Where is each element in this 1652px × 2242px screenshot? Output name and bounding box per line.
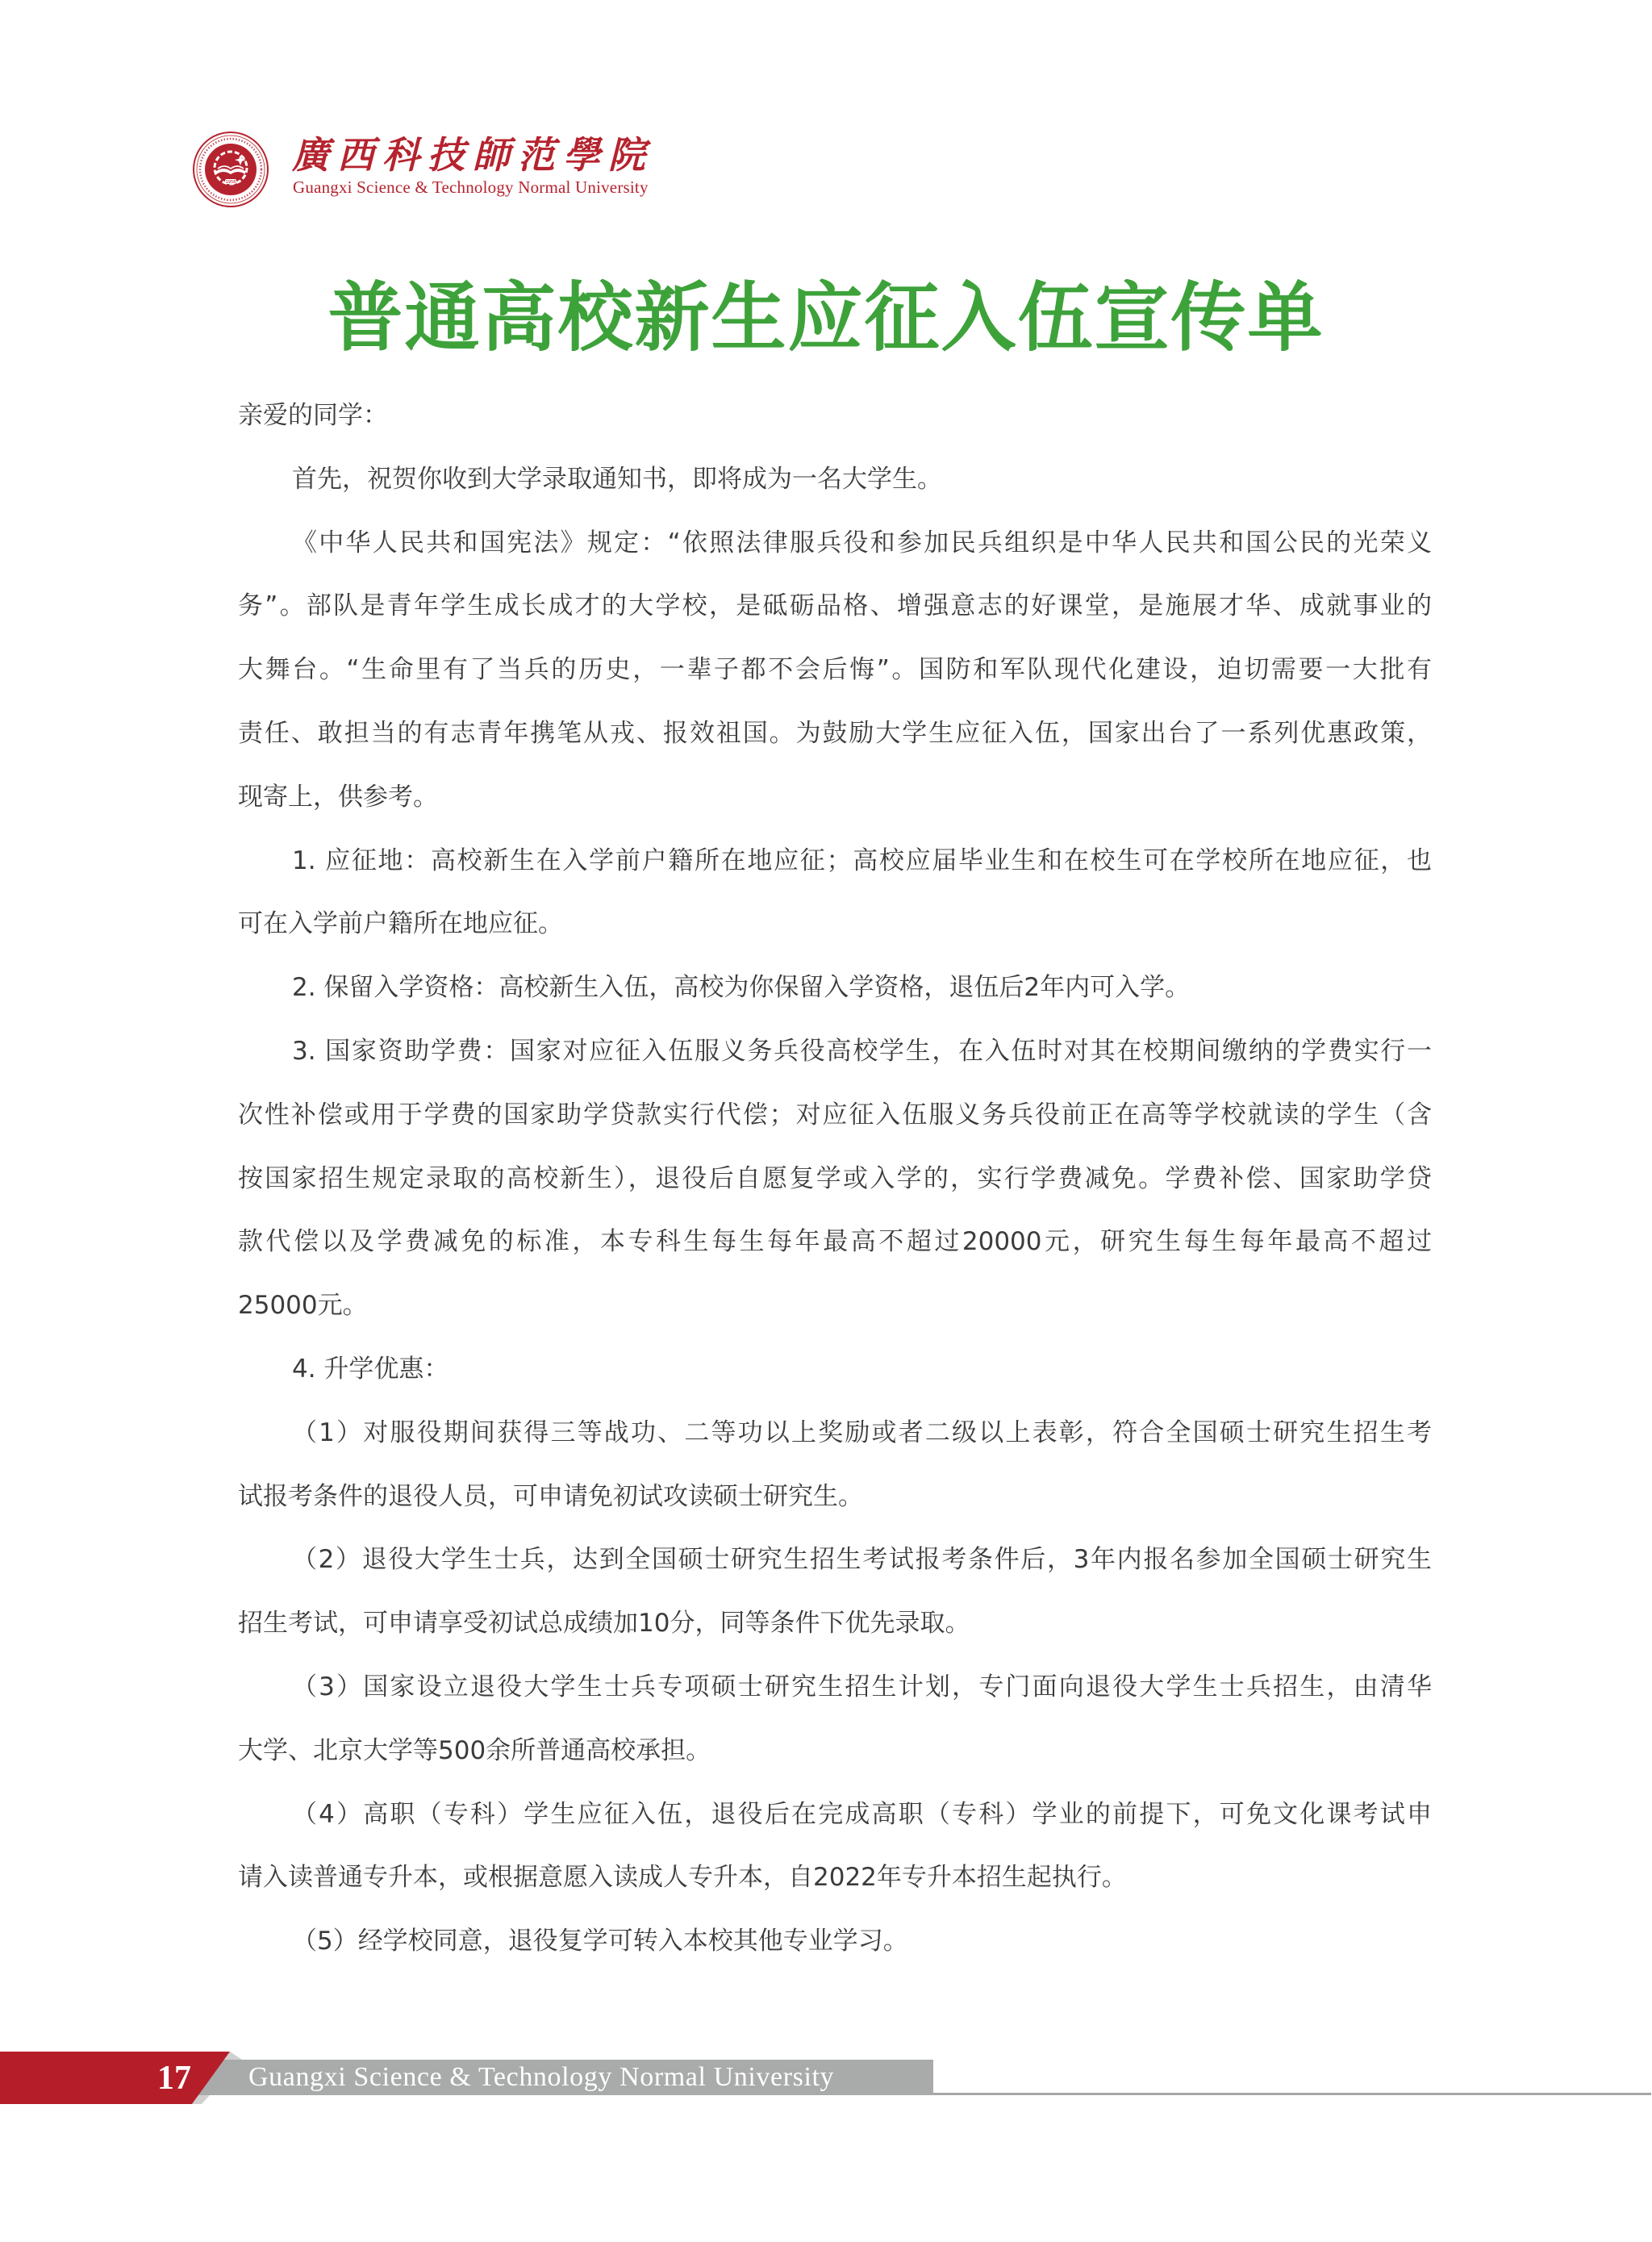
body-text-line: （5）经学校同意，退役复学可转入本校其他专业学习。 — [292, 1922, 1432, 1960]
body-text-line: 3. 国家资助学费：国家对应征入伍服义务兵役高校学生，在入伍时对其在校期间缴纳的… — [292, 1032, 1432, 1071]
body-text-line: 亲爱的同学： — [238, 396, 1432, 435]
body-text-line: 务”。部队是青年学生成长成才的大学校，是砥砺品格、增强意志的好课堂，是施展才华、… — [238, 587, 1432, 625]
body-text-line: 25000元。 — [238, 1286, 1432, 1325]
body-text-line: 次性补偿或用于学费的国家助学贷款实行代偿；对应征入伍服义务兵役前正在高等学校就读… — [238, 1096, 1432, 1134]
body-text-line: 按国家招生规定录取的高校新生），退役后自愿复学或入学的，实行学费减免。学费补偿、… — [238, 1159, 1432, 1198]
body-text-line: 2. 保留入学资格：高校新生入伍，高校为你保留入学资格，退伍后2年内可入学。 — [292, 968, 1432, 1007]
body-text-line: （4）高职（专科）学生应征入伍，退役后在完成高职（专科）学业的前提下，可免文化课… — [292, 1795, 1432, 1834]
footer-university-name: Guangxi Science & Technology Normal Univ… — [248, 2058, 834, 2097]
body-text-line: （2）退役大学生士兵，达到全国硕士研究生招生考试报考条件后，3年内报名参加全国硕… — [292, 1540, 1432, 1579]
body-text-line: 招生考试，可申请享受初试总成绩加10分，同等条件下优先录取。 — [238, 1604, 1432, 1643]
body-text-line: 4. 升学优惠： — [292, 1350, 1432, 1388]
body-text-line: （1）对服役期间获得三等战功、二等功以上奖励或者二级以上表彰，符合全国硕士研究生… — [292, 1413, 1432, 1452]
body-text-line: 大学、北京大学等500余所普通高校承担。 — [238, 1731, 1432, 1770]
body-text-line: 试报考条件的退役人员，可申请免初试攻读硕士研究生。 — [238, 1477, 1432, 1516]
body-text-line: 可在入学前户籍所在地应征。 — [238, 904, 1432, 943]
page-number: 17 — [150, 2054, 198, 2102]
page-footer: 17 Guangxi Science & Technology Normal U… — [0, 2049, 1652, 2114]
body-text-line: 大舞台。“生命里有了当兵的历史，一辈子都不会后悔”。国防和军队现代化建设，迫切需… — [238, 650, 1432, 689]
body-text-line: 首先，祝贺你收到大学录取通知书，即将成为一名大学生。 — [292, 460, 1432, 499]
body-text-line: 1. 应征地：高校新生在入学前户籍所在地应征；高校应届毕业生和在校生可在学校所在… — [292, 841, 1432, 880]
body-text-line: （3）国家设立退役大学生士兵专项硕士研究生招生计划，专门面向退役大学生士兵招生，… — [292, 1668, 1432, 1706]
body-text-line: 现寄上，供参考。 — [238, 778, 1432, 816]
body-text-line: 责任、敢担当的有志青年携笔从戎、报效祖国。为鼓励大学生应征入伍，国家出台了一系列… — [238, 714, 1432, 753]
body-text-line: 《中华人民共和国宪法》规定：“依照法律服兵役和参加民兵组织是中华人民共和国公民的… — [292, 524, 1432, 562]
body-text-line: 款代偿以及学费减免的标准，本专科生每生每年最高不超过20000元，研究生每生每年… — [238, 1222, 1432, 1261]
body-text-line: 请入读普通专升本，或根据意愿入读成人专升本，自2022年专升本招生起执行。 — [238, 1858, 1432, 1897]
flyer-body: 亲爱的同学：首先，祝贺你收到大学录取通知书，即将成为一名大学生。《中华人民共和国… — [0, 0, 1652, 2242]
